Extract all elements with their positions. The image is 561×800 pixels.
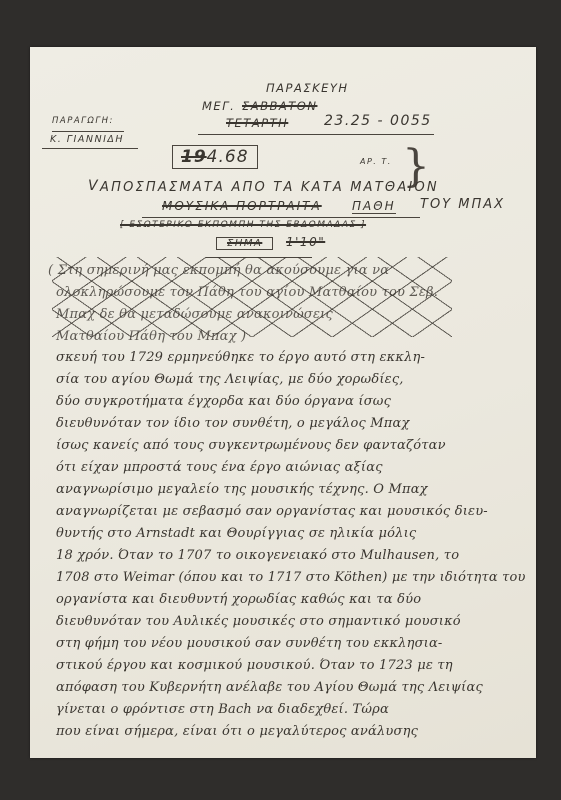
day-inserted: ΠΑΡΑΣΚΕΥΗ xyxy=(266,81,349,95)
body-line: Μπαχ δε θα μεταδώσουμε ανακοινώσεις xyxy=(56,307,333,322)
body-line: σία του αγίου Θωμά της Λειψίας, με δύο χ… xyxy=(56,372,404,387)
producer-name: Κ. ΓΙΑΝΝΙΔΗ xyxy=(50,134,124,145)
title-line-2-struck: ΜΟΥΣΙΚΑ ΠΟΡΤΡΑΙΤΑ xyxy=(162,199,322,213)
struck-day: 19 xyxy=(181,147,207,167)
title-numeral: V xyxy=(88,178,99,194)
date-box: 194.68 xyxy=(172,145,258,169)
body-line: γίνεται ο φρόντισε στη Bach να διαδεχθεί… xyxy=(56,702,389,717)
body-line: 18 χρόν. Όταν το 1707 το οικογενειακό στ… xyxy=(56,548,459,563)
body-line: διευθυνόταν του Αυλικές μουσικές στο σημ… xyxy=(56,614,461,629)
body-line: που είναι σήμερα, είναι ότι ο μεγαλύτερο… xyxy=(56,724,418,739)
title-line-4-struck: ΣΗΜΑ xyxy=(216,237,273,250)
body-line: διευθυνόταν τον ίδιο τον συνθέτη, ο μεγά… xyxy=(56,416,410,431)
body-line: αναγνωρίζεται με σεβασμό σαν οργανίστας … xyxy=(56,504,488,519)
producer-underline xyxy=(42,148,138,149)
body-line: 1708 στο Weimar (όπου και το 1717 στο Kö… xyxy=(56,570,526,585)
title-line-3-struck: [ ΕΣΩΤΕΡΙΚΟ ΕΚΠΟΜΠΗ ΤΗΣ ΕΒΔΟΜΑΔΑΣ ] xyxy=(120,220,366,230)
title-line-1: ΑΠΟΣΠΑΣΜΑΤΑ ΑΠΟ ΤΑ ΚΑΤΑ ΜΑΤΘΑΙΟΝ xyxy=(100,180,439,195)
title-line-2-kept: ΠΑΘΗ xyxy=(352,199,396,214)
day-struck-2: ΤΕΤΑΡΤΗ xyxy=(226,116,288,130)
body-line: στικού έργου και κοσμικού μουσικού. Όταν… xyxy=(56,658,453,673)
body-line: ίσως κανείς από τους συγκεντρωμένους δεν… xyxy=(56,438,446,453)
body-line: οργανίστα και διευθυντή χορωδίας καθώς κ… xyxy=(56,592,421,607)
body-line: δύο συγκροτήματα έγχορδα και δύο όργανα … xyxy=(56,394,391,409)
body-line: αναγνωρίσιμο μεγαλείο της μουσικής τέχνη… xyxy=(56,482,428,497)
production-underline xyxy=(52,131,124,132)
broadcast-time: 23.25 - 0055 xyxy=(324,113,432,129)
title-line-4-duration: 1'10" xyxy=(286,235,325,249)
body-line: ότι είχαν μπροστά τους ένα έργο αιώνιας … xyxy=(56,460,383,475)
body-line: ολοκληρώσουμε τον Πάθη του αγίου Ματθαίο… xyxy=(56,285,438,300)
body-line: σκευή του 1729 ερμηνεύθηκε το έργο αυτό … xyxy=(56,350,425,365)
manuscript-page: ΠΑΡΑΣΚΕΥΗ ΜΕΓ. ΣΑΒΒΑΤΟΝ ΤΕΤΑΡΤΗ 23.25 - … xyxy=(30,47,536,758)
body-line: στη φήμη του νέου μουσικού σαν συνθέτη τ… xyxy=(56,636,443,651)
title-underline xyxy=(142,217,420,218)
day-label: ΜΕΓ. xyxy=(202,99,235,113)
production-label: ΠΑΡΑΓΩΓΗ: xyxy=(52,116,114,126)
body-line: Ματθαίου Πάθη του Μπαχ ) xyxy=(56,329,246,344)
side-note: ΑΡ. Τ. xyxy=(360,157,392,166)
body-line: ( Στη σημερινή μας εκπομπή θα ακούσουμε … xyxy=(48,263,389,278)
header-underline xyxy=(198,134,434,135)
body-line: θυντής στο Arnstadt και Θουρίγγιας σε ηλ… xyxy=(56,526,416,541)
title-line-2-suffix: ΤΟΥ ΜΠΑΧ xyxy=(420,197,505,212)
day-struck-1: ΣΑΒΒΑΤΟΝ xyxy=(242,99,317,113)
body-line: απόφαση του Κυβερνήτη ανέλαβε του Αγίου … xyxy=(56,680,483,695)
date-value: 4.68 xyxy=(207,147,249,167)
